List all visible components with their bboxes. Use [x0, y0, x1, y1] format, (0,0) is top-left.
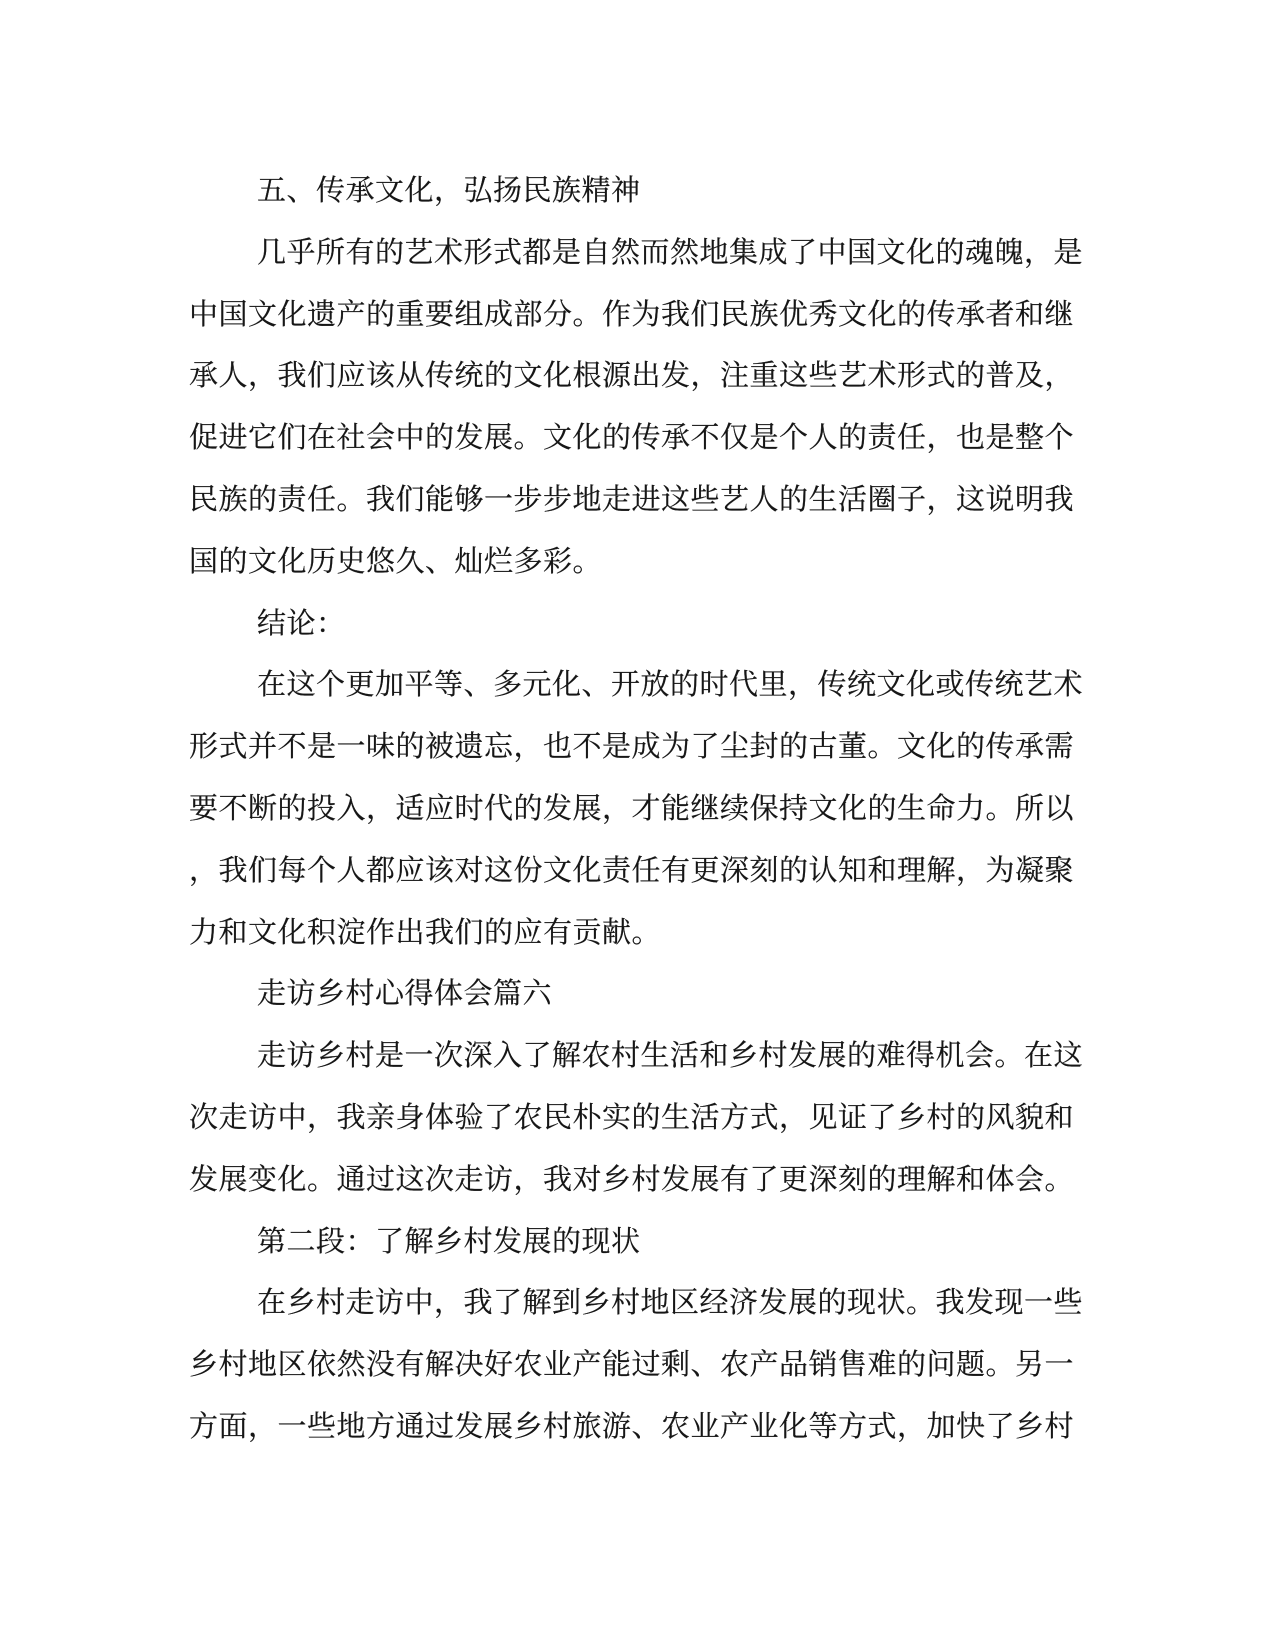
- text-line: 第二段：了解乡村发展的现状: [189, 1212, 1089, 1274]
- text-line: 走访乡村心得体会篇六: [189, 964, 1089, 1026]
- text-line: 走访乡村是一次深入了解农村生活和乡村发展的难得机会。在这: [189, 1026, 1089, 1088]
- text-line: 在乡村走访中，我了解到乡村地区经济发展的现状。我发现一些: [189, 1273, 1089, 1335]
- text-line: 要不断的投入，适应时代的发展，才能继续保持文化的生命力。所以: [189, 779, 1089, 841]
- text-line: 中国文化遗产的重要组成部分。作为我们民族优秀文化的传承者和继: [189, 285, 1089, 347]
- text-line: 几乎所有的艺术形式都是自然而然地集成了中国文化的魂魄，是: [189, 223, 1089, 285]
- text-line: 在这个更加平等、多元化、开放的时代里，传统文化或传统艺术: [189, 655, 1089, 717]
- text-line: 形式并不是一味的被遗忘，也不是成为了尘封的古董。文化的传承需: [189, 717, 1089, 779]
- text-line: 五、传承文化，弘扬民族精神: [189, 161, 1089, 223]
- text-line: 发展变化。通过这次走访，我对乡村发展有了更深刻的理解和体会。: [189, 1150, 1089, 1212]
- text-line: 承人，我们应该从传统的文化根源出发，注重这些艺术形式的普及，: [189, 346, 1089, 408]
- document-page: 五、传承文化，弘扬民族精神几乎所有的艺术形式都是自然而然地集成了中国文化的魂魄，…: [0, 0, 1275, 1650]
- text-line: 促进它们在社会中的发展。文化的传承不仅是个人的责任，也是整个: [189, 408, 1089, 470]
- text-line: 次走访中，我亲身体验了农民朴实的生活方式，见证了乡村的风貌和: [189, 1088, 1089, 1150]
- text-line: 结论：: [189, 594, 1089, 656]
- text-line: 力和文化积淀作出我们的应有贡献。: [189, 903, 1089, 965]
- document-text-body: 五、传承文化，弘扬民族精神几乎所有的艺术形式都是自然而然地集成了中国文化的魂魄，…: [189, 161, 1089, 1459]
- text-line: ，我们每个人都应该对这份文化责任有更深刻的认知和理解，为凝聚: [189, 841, 1089, 903]
- text-line: 方面，一些地方通过发展乡村旅游、农业产业化等方式，加快了乡村: [189, 1397, 1089, 1459]
- text-line: 乡村地区依然没有解决好农业产能过剩、农产品销售难的问题。另一: [189, 1335, 1089, 1397]
- text-line: 国的文化历史悠久、灿烂多彩。: [189, 532, 1089, 594]
- text-line: 民族的责任。我们能够一步步地走进这些艺人的生活圈子，这说明我: [189, 470, 1089, 532]
